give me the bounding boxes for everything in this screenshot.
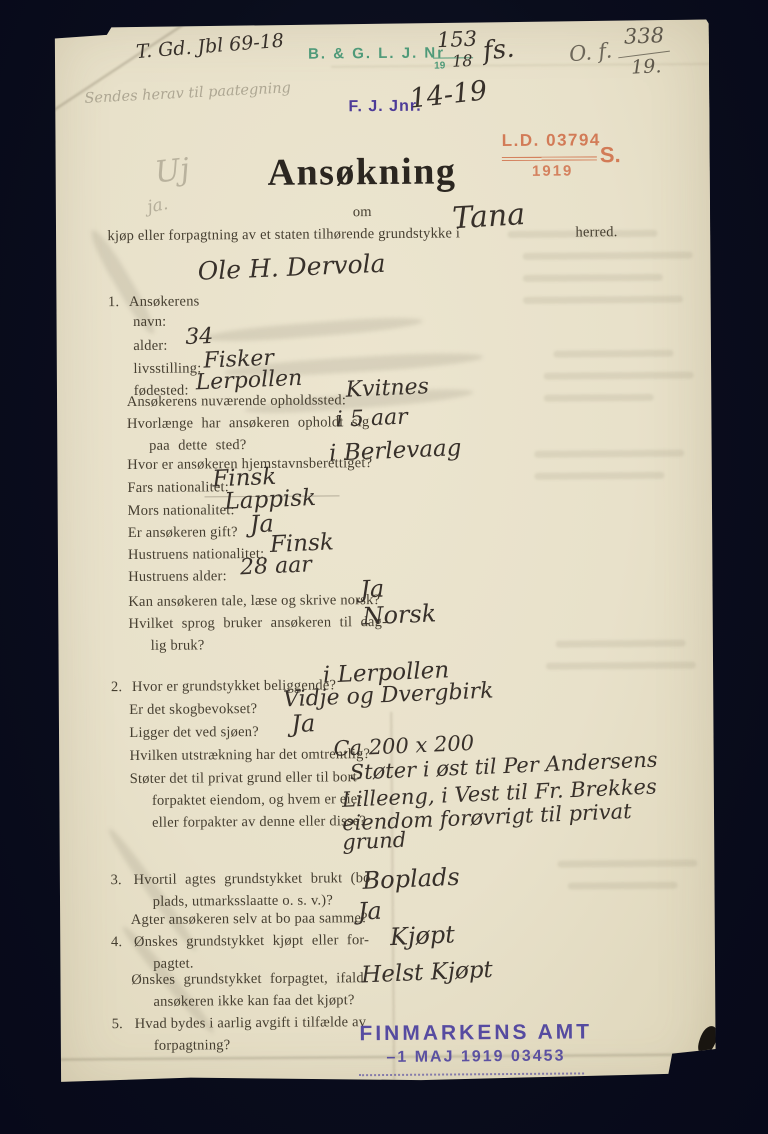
q1-language-label-line1: Hvilket sprog bruker ansøkeren til dag- [128,614,387,633]
q1-number: 1. [108,294,119,311]
q3-live-label: Agter ansøkeren selv at bo paa samme? [131,910,368,929]
pencil-initials: O. f. [568,38,613,66]
orange-stamp-year: 1919 [532,163,574,180]
q1-duration-label-line2: paa dette sted? [149,437,246,455]
q1-norsk-answer: Ja [360,575,385,604]
scanned-application-form: T. Gd. Jbl 69-18 B. & G. L. J. Nr 153 19… [51,19,717,1092]
case-number-denominator: 19. [631,55,662,78]
green-stamp-suffix-handwritten: fs. [481,33,515,66]
bleed-through-handwriting [203,314,423,345]
q1-name-answer: Ole H. Dervola [197,249,386,286]
q3-use-answer: Boplads [362,863,460,895]
orange-stamp-letter: S. [600,142,621,168]
q1-wife-age-label: Hustruens alder: [128,568,227,586]
case-number-numerator: 338 [623,23,664,49]
q1-heading: Ansøkerens [129,293,200,311]
orange-registry-stamp-number: L.D. 03794 [502,130,601,151]
q5-number: 5. [112,1016,123,1033]
ink-blot [696,1024,720,1057]
bleed-through [553,350,673,358]
bleed-through [523,252,693,260]
archival-reference-handwritten: T. Gd. Jbl 69-18 [135,30,284,63]
q1-birthplace-answer: Lerpollen [195,366,303,396]
district-answer-handwritten: Tana [451,197,526,236]
purple-stamp-value-handwritten: 14-19 [408,75,489,115]
bleed-through [534,472,664,480]
q4-buy-answer: Kjøpt [389,920,455,951]
q2-boundary-label-line2: forpaktet eiendom, og hvem er eier [152,791,363,810]
q1-language-answer: Norsk [362,599,437,630]
q1-domicile-answer: i Berlevaag [329,435,462,467]
green-journal-stamp: B. & G. L. J. Nr [308,45,445,63]
q2-boundary-label-line3: eller forpakter av denne eller disse? [152,813,366,832]
pencil-routing-note: Sendes herav til paategning [84,80,291,107]
pencil-mark: Uj [153,152,191,191]
bleed-through [544,372,694,380]
district-suffix: herred. [575,224,617,241]
q3-number: 3. [110,872,121,889]
q4-buy-label-line2: pagtet. [153,956,194,973]
q4-lease-label-line2: ansøkeren ikke kan faa det kjøpt? [153,992,354,1011]
green-stamp-printed-year: 19 [434,61,445,72]
bleed-through [523,296,683,304]
q1-age-answer: 34 [185,324,214,350]
pencil-mark: ja. [146,194,170,217]
q4-lease-label-line1: Ønskes grundstykket forpagtet, ifald [131,970,364,989]
q1-residence-label: Ansøkerens nuværende opholdssted: [127,392,346,411]
form-title: Ansøkning [217,149,507,195]
q2-sea-label: Ligger det ved sjøen? [129,724,259,742]
bleed-through [556,640,686,648]
q3-live-answer: Ja [357,897,382,926]
q2-boundary-label-line1: Støter det til privat grund eller til bo… [130,769,362,788]
bleed-through [523,274,663,282]
bleed-through [568,882,678,890]
q4-buy-label-line1: Ønskes grundstykket kjøpt eller for- [134,932,369,951]
orange-stamp-underline [502,156,597,161]
q2-boundary-answer-line4: grund [342,828,407,855]
green-stamp-number-handwritten: 153 [436,27,477,53]
form-intro-line: kjøp eller forpagtning av et staten tilh… [107,225,460,245]
bleed-through [534,450,684,458]
q1-duration-label-line1: Hvorlænge har ansøkeren opholdt sig [127,414,370,433]
q1-married-label: Er ansøkeren gift? [128,524,238,542]
q2-number: 2. [111,679,122,696]
bleed-through [557,860,697,868]
finmarkens-amt-stamp-date: –1 MAJ 1919 03453 [336,1047,616,1067]
q1-residence-answer: Kvitnes [345,374,429,403]
q2-sea-answer: Ja [291,709,316,738]
q1-duration-answer: i 5 aar [335,405,408,433]
finmarkens-stamp-dotted-line [359,1072,584,1076]
q1-mother-label: Mors nationalitet: [128,502,235,520]
q1-norsk-label: Kan ansøkeren tale, læse og skrive norsk… [128,592,380,611]
q2-forest-label: Er det skogbevokset? [129,701,257,719]
q5-fee-label-line2: forpagtning? [154,1037,231,1055]
q3-use-label-line2: plads, utmarksslaatte o. s. v.)? [153,892,333,910]
q4-lease-answer: Helst Kjøpt [361,957,494,989]
q1-name-label: navn: [133,314,166,331]
bleed-through [544,394,654,402]
q1-occupation-label: livsstilling: [133,360,201,378]
finmarkens-amt-stamp: FINMARKENS AMT [331,1020,621,1046]
green-stamp-year-handwritten: 18 [452,51,473,71]
q1-wife-age-answer: 28 aar [240,552,313,580]
bleed-through [546,662,696,670]
q3-use-label-line1: Hvortil agtes grundstykket brukt (bo- [133,870,375,889]
q1-language-label-line2: lig bruk? [151,637,205,654]
q1-age-label: alder: [133,338,167,355]
q4-number: 4. [111,934,122,951]
